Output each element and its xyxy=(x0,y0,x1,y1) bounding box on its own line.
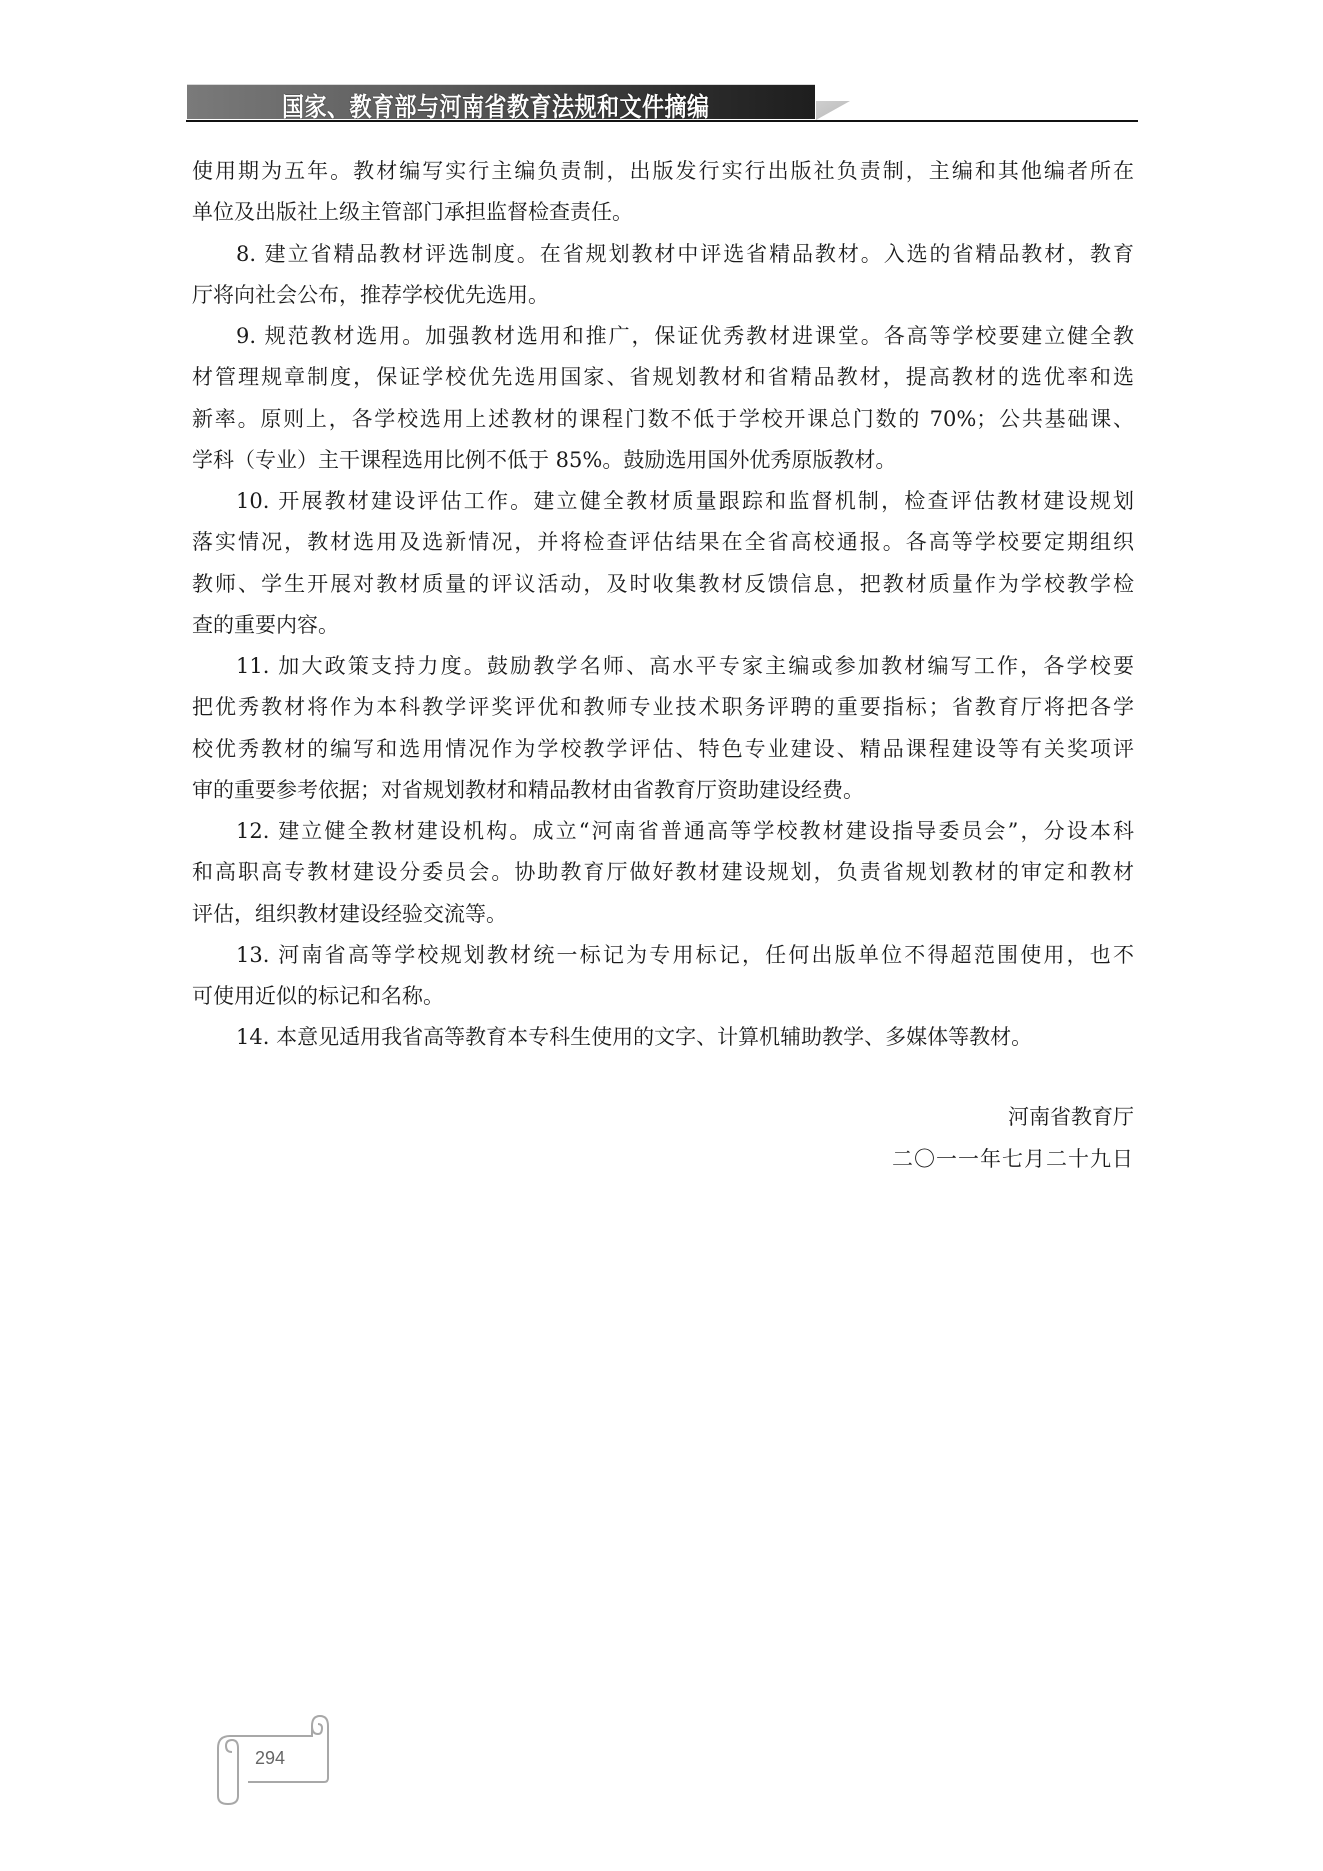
banner-fold-decoration xyxy=(816,101,850,120)
paragraph: 9. 规范教材选用。加强教材选用和推广，保证优秀教材进课堂。各高等学校要建立健全… xyxy=(192,316,1134,481)
text-line: 13. 河南省高等学校规划教材统一标记为专用标记，任何出版单位不得超范围使用，也… xyxy=(192,935,1134,976)
text-line: 校优秀教材的编写和选用情况作为学校教学评估、特色专业建设、精品课程建设等有关奖项… xyxy=(192,729,1134,770)
text-line: 11. 加大政策支持力度。鼓励教学名师、高水平专家主编或参加教材编写工作，各学校… xyxy=(192,646,1134,687)
text-line: 9. 规范教材选用。加强教材选用和推广，保证优秀教材进课堂。各高等学校要建立健全… xyxy=(192,316,1134,357)
text-line: 查的重要内容。 xyxy=(192,605,1134,646)
text-line: 评估，组织教材建设经验交流等。 xyxy=(192,894,1134,935)
text-line: 把优秀教材将作为本科教学评奖评优和教师专业技术职务评聘的重要指标；省教育厅将把各… xyxy=(192,687,1134,728)
paragraph: 11. 加大政策支持力度。鼓励教学名师、高水平专家主编或参加教材编写工作，各学校… xyxy=(192,646,1134,811)
text-line: 学科（专业）主干课程选用比例不低于 85%。鼓励选用国外优秀原版教材。 xyxy=(192,440,1134,481)
text-line: 教师、学生开展对教材质量的评议活动，及时收集教材反馈信息，把教材质量作为学校教学… xyxy=(192,564,1134,605)
text-line: 14. 本意见适用我省高等教育本专科生使用的文字、计算机辅助教学、多媒体等教材。 xyxy=(192,1017,1134,1058)
text-line: 和高职高专教材建设分委员会。协助教育厅做好教材建设规划，负责省规划教材的审定和教… xyxy=(192,852,1134,893)
paragraph: 10. 开展教材建设评估工作。建立健全教材质量跟踪和监督机制，检查评估教材建设规… xyxy=(192,481,1134,646)
text-line: 使用期为五年。教材编写实行主编负责制，出版发行实行出版社负责制，主编和其他编者所… xyxy=(192,151,1134,192)
text-line: 厅将向社会公布，推荐学校优先选用。 xyxy=(192,275,1134,316)
text-line: 12. 建立健全教材建设机构。成立“河南省普通高等学校教材建设指导委员会”，分设… xyxy=(192,811,1134,852)
signature-date: 二〇一一年七月二十九日 xyxy=(892,1139,1134,1180)
paragraph: 13. 河南省高等学校规划教材统一标记为专用标记，任何出版单位不得超范围使用，也… xyxy=(192,935,1134,1018)
header-banner: 国家、教育部与河南省教育法规和文件摘编 xyxy=(187,84,815,119)
signature-organization: 河南省教育厅 xyxy=(1008,1097,1134,1138)
text-line: 新率。原则上，各学校选用上述教材的课程门数不低于学校开课总门数的 70%；公共基… xyxy=(192,399,1134,440)
text-line: 10. 开展教材建设评估工作。建立健全教材质量跟踪和监督机制，检查评估教材建设规… xyxy=(192,481,1134,522)
document-body: 使用期为五年。教材编写实行主编负责制，出版发行实行出版社负责制，主编和其他编者所… xyxy=(192,151,1134,1059)
paragraph: 8. 建立省精品教材评选制度。在省规划教材中评选省精品教材。入选的省精品教材，教… xyxy=(192,234,1134,317)
text-line: 落实情况，教材选用及选新情况，并将检查评估结果在全省高校通报。各高等学校要定期组… xyxy=(192,522,1134,563)
text-line: 可使用近似的标记和名称。 xyxy=(192,976,1134,1017)
text-line: 8. 建立省精品教材评选制度。在省规划教材中评选省精品教材。入选的省精品教材，教… xyxy=(192,234,1134,275)
header-rule xyxy=(186,120,1138,122)
text-line: 审的重要参考依据；对省规划教材和精品教材由省教育厅资助建设经费。 xyxy=(192,770,1134,811)
text-line: 材管理规章制度，保证学校优先选用国家、省规划教材和省精品教材，提高教材的选优率和… xyxy=(192,357,1134,398)
book-title: 国家、教育部与河南省教育法规和文件摘编 xyxy=(282,87,710,124)
text-line: 单位及出版社上级主管部门承担监督检查责任。 xyxy=(192,192,1134,233)
paragraph: 12. 建立健全教材建设机构。成立“河南省普通高等学校教材建设指导委员会”，分设… xyxy=(192,811,1134,935)
page-number: 294 xyxy=(255,1748,285,1769)
paragraph: 14. 本意见适用我省高等教育本专科生使用的文字、计算机辅助教学、多媒体等教材。 xyxy=(192,1017,1134,1058)
paragraph: 使用期为五年。教材编写实行主编负责制，出版发行实行出版社负责制，主编和其他编者所… xyxy=(192,151,1134,234)
